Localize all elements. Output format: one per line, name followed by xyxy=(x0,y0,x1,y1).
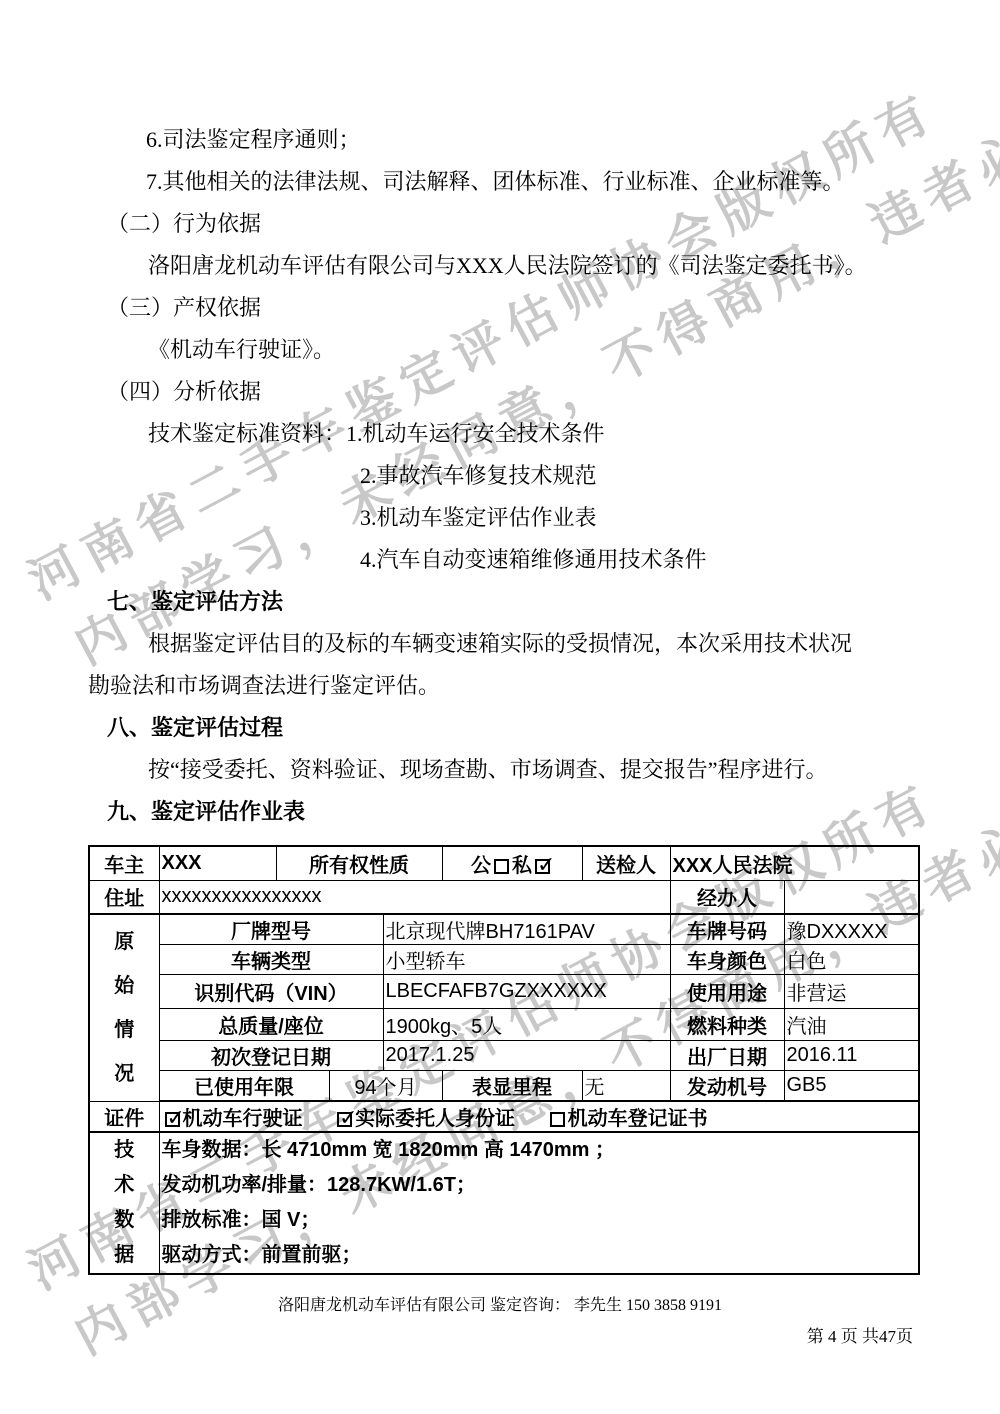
ownership-options: 公私 xyxy=(442,846,582,880)
usage-years-value: 94个月 xyxy=(329,1071,442,1102)
doc-checkbox xyxy=(337,1112,352,1127)
body-line: 根据鉴定评估目的及标的车辆变速箱实际的受损情况，本次采用技术状况 xyxy=(88,623,918,665)
original-info-stub: 原始情况 xyxy=(89,914,159,1101)
row-label: 厂牌型号 xyxy=(159,914,383,945)
row-value: 汽油 xyxy=(784,1009,919,1041)
ownership-label: 所有权性质 xyxy=(276,846,442,880)
engine-no-label: 发动机号 xyxy=(670,1071,784,1102)
page-indicator: 第 4 页 共47页 xyxy=(807,1322,913,1347)
owner-label: 车主 xyxy=(89,846,159,880)
body-line: 按“接受委托、资料验证、现场查勘、市场调查、提交报告”程序进行。 xyxy=(88,749,918,791)
doc-checkbox xyxy=(550,1112,565,1127)
owner-value: XXX xyxy=(159,846,276,880)
row-label: 使用用途 xyxy=(670,975,784,1009)
section-subheading: （四）分析依据 xyxy=(88,371,918,413)
section-heading: 九、鉴定评估作业表 xyxy=(88,791,918,833)
public-checkbox xyxy=(494,859,509,874)
inspector-value: XXX人民法院 xyxy=(670,846,919,880)
row-label: 初次登记日期 xyxy=(159,1041,383,1071)
document-body: 6.司法鉴定程序通则； 7.其他相关的法律法规、司法解释、团体标准、行业标准、企… xyxy=(88,119,918,833)
body-line: 洛阳唐龙机动车评估有限公司与XXX人民法院签订的《司法鉴定委托书》。 xyxy=(88,245,918,287)
handler-label: 经办人 xyxy=(670,880,784,914)
row-label: 总质量/座位 xyxy=(159,1009,383,1041)
row-value: LBECFAFB7GZXXXXXX xyxy=(383,975,670,1009)
row-value: 非营运 xyxy=(784,975,919,1009)
footer-company-line: 洛阳唐龙机动车评估有限公司 鉴定咨询： 李先生 150 3858 9191 xyxy=(0,1292,1000,1315)
documents-list: 机动车行驶证 实际委托人身份证 机动车登记证书 xyxy=(159,1101,919,1132)
doc-checkbox xyxy=(165,1112,180,1127)
body-line: 4.汽车自动变速箱维修通用技术条件 xyxy=(88,539,918,581)
body-line: 3.机动车鉴定评估作业表 xyxy=(88,497,918,539)
body-line: 2.事故汽车修复技术规范 xyxy=(88,455,918,497)
row-value: 豫DXXXXX xyxy=(784,914,919,945)
engine-no-value: GB5 xyxy=(784,1071,919,1102)
body-line: 技术鉴定标准资料：1.机动车运行安全技术条件 xyxy=(88,413,918,455)
row-label: 识别代码（VIN） xyxy=(159,975,383,1009)
row-value: 1900kg、5人 xyxy=(383,1009,670,1041)
row-value: 2017.1.25 xyxy=(383,1041,670,1071)
row-label: 燃料种类 xyxy=(670,1009,784,1041)
row-value: 小型轿车 xyxy=(383,945,670,975)
inspector-label: 送检人 xyxy=(582,846,670,880)
section-subheading: （二）行为依据 xyxy=(88,203,918,245)
address-label: 住址 xyxy=(89,880,159,914)
body-line: 《机动车行驶证》。 xyxy=(88,329,918,371)
tech-data-cell: 车身数据：长 4710mm 宽 1820mm 高 1470mm ； 发动机功率/… xyxy=(159,1132,919,1274)
tech-line: 发动机功率/排量：128.7KW/1.6T； xyxy=(162,1168,917,1203)
document-page: 河南省二手车鉴定评估师协会版权所有 内部学习，未经同意，不得商用，违者必究 河南… xyxy=(0,0,1000,1414)
private-checkbox xyxy=(535,859,550,874)
row-label: 车辆类型 xyxy=(159,945,383,975)
documents-stub: 证件 xyxy=(89,1101,159,1132)
body-line: 6.司法鉴定程序通则； xyxy=(88,119,918,161)
tech-data-stub: 技术数据 xyxy=(89,1132,159,1274)
mileage-label: 表显里程 xyxy=(442,1071,582,1102)
tech-line: 排放标准：国 V； xyxy=(162,1203,917,1238)
row-value: 白色 xyxy=(784,945,919,975)
handler-value xyxy=(784,880,919,914)
ownership-private-label: 私 xyxy=(512,855,532,877)
usage-years-label: 已使用年限 xyxy=(159,1071,329,1102)
appraisal-worksheet-table: 车主 XXX 所有权性质 公私 送检人 XXX人民法院 住址 xxxxxxxxx… xyxy=(88,845,920,1275)
mileage-value: 无 xyxy=(582,1071,670,1102)
address-value: xxxxxxxxxxxxxxxx xyxy=(159,880,670,914)
document-item: 机动车登记证书 xyxy=(547,1108,708,1130)
row-value: 2016.11 xyxy=(784,1041,919,1071)
document-item: 机动车行驶证 xyxy=(162,1108,303,1130)
row-value: 北京现代牌BH7161PAV xyxy=(383,914,670,945)
row-label: 车身颜色 xyxy=(670,945,784,975)
body-line: 勘验法和市场调查法进行鉴定评估。 xyxy=(88,665,918,707)
row-label: 出厂日期 xyxy=(670,1041,784,1071)
section-heading: 八、鉴定评估过程 xyxy=(88,707,918,749)
section-heading: 七、鉴定评估方法 xyxy=(88,581,918,623)
section-subheading: （三）产权依据 xyxy=(88,287,918,329)
document-item: 实际委托人身份证 xyxy=(334,1108,515,1130)
body-line: 7.其他相关的法律法规、司法解释、团体标准、行业标准、企业标准等。 xyxy=(88,161,918,203)
tech-line: 驱动方式：前置前驱； xyxy=(162,1238,917,1273)
row-label: 车牌号码 xyxy=(670,914,784,945)
tech-line: 车身数据：长 4710mm 宽 1820mm 高 1470mm ； xyxy=(162,1133,917,1168)
ownership-public-label: 公 xyxy=(471,855,491,877)
